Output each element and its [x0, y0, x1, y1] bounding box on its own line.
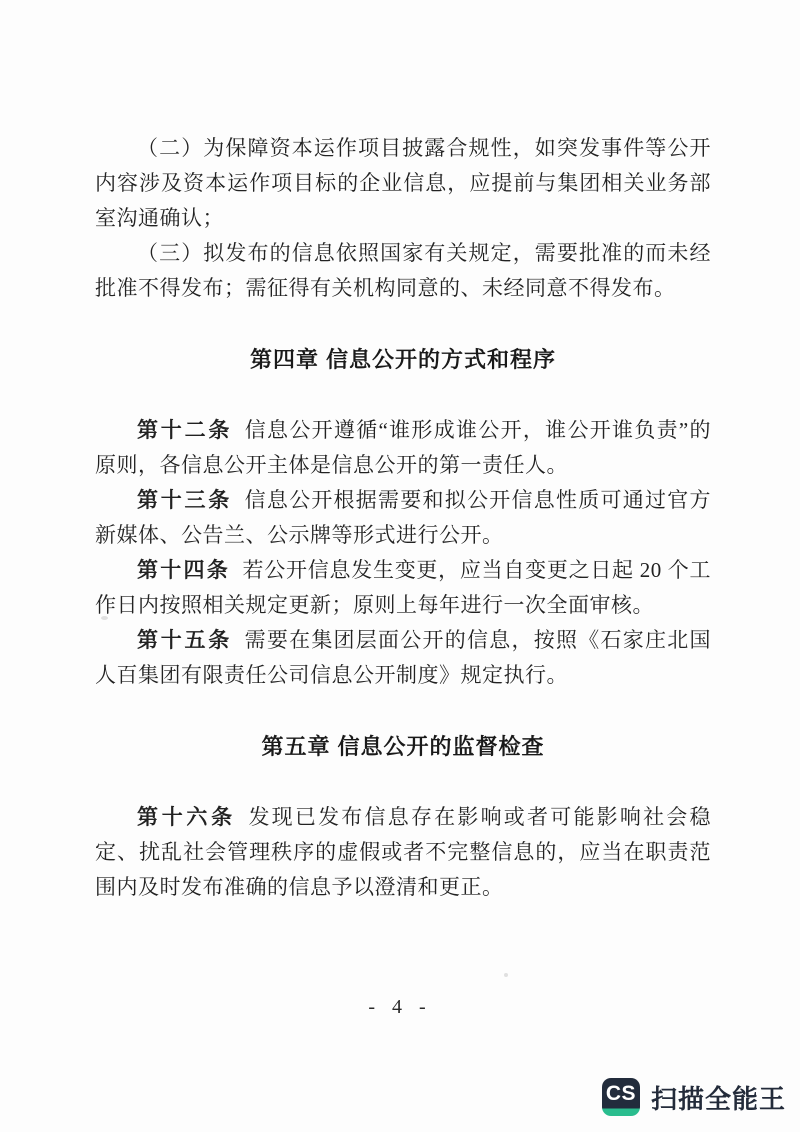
- page-number: - 4 -: [0, 996, 800, 1019]
- scan-speckle: [504, 973, 508, 977]
- article-number: 第十二条: [137, 418, 232, 442]
- chapter-5-heading: 第五章 信息公开的监督检查: [95, 729, 711, 764]
- camscanner-icon: CS: [602, 1078, 640, 1116]
- camscanner-brand-name: 扫描全能王: [651, 1079, 786, 1116]
- scanned-document-page: （二）为保障资本运作项目披露合规性，如突发事件等公开内容涉及资本运作项目标的企业…: [0, 0, 800, 1132]
- paragraph-item-3: （三）拟发布的信息依照国家有关规定，需要批准的而未经批准不得发布；需征得有关机构…: [95, 236, 711, 306]
- article-number: 第十三条: [137, 488, 232, 512]
- article-number: 第十四条: [137, 558, 230, 582]
- paragraph-article-14: 第十四条若公开信息发生变更，应当自变更之日起 20 个工作日内按照相关规定更新；…: [95, 553, 711, 623]
- scan-speckle: [101, 616, 108, 620]
- article-number: 第十五条: [137, 628, 232, 652]
- paragraph-text: （二）为保障资本运作项目披露合规性，如突发事件等公开内容涉及资本运作项目标的企业…: [95, 136, 711, 230]
- paragraph-article-12: 第十二条信息公开遵循“谁形成谁公开，谁公开谁负责”的原则，各信息公开主体是信息公…: [95, 413, 711, 483]
- paragraph-article-16: 第十六条发现已发布信息存在影响或者可能影响社会稳定、扰乱社会管理秩序的虚假或者不…: [95, 800, 711, 905]
- paragraph-article-13: 第十三条信息公开根据需要和拟公开信息性质可通过官方新媒体、公告兰、公示牌等形式进…: [95, 483, 711, 553]
- paragraph-item-2: （二）为保障资本运作项目披露合规性，如突发事件等公开内容涉及资本运作项目标的企业…: [95, 131, 711, 236]
- camscanner-watermark: CS 扫描全能王: [602, 1078, 786, 1116]
- chapter-4-heading: 第四章 信息公开的方式和程序: [95, 342, 711, 377]
- document-body: （二）为保障资本运作项目披露合规性，如突发事件等公开内容涉及资本运作项目标的企业…: [95, 131, 711, 905]
- article-number: 第十六条: [137, 805, 236, 829]
- paragraph-text: （三）拟发布的信息依照国家有关规定，需要批准的而未经批准不得发布；需征得有关机构…: [95, 241, 711, 300]
- paragraph-article-15: 第十五条需要在集团层面公开的信息，按照《石家庄北国人百集团有限责任公司信息公开制…: [95, 623, 711, 693]
